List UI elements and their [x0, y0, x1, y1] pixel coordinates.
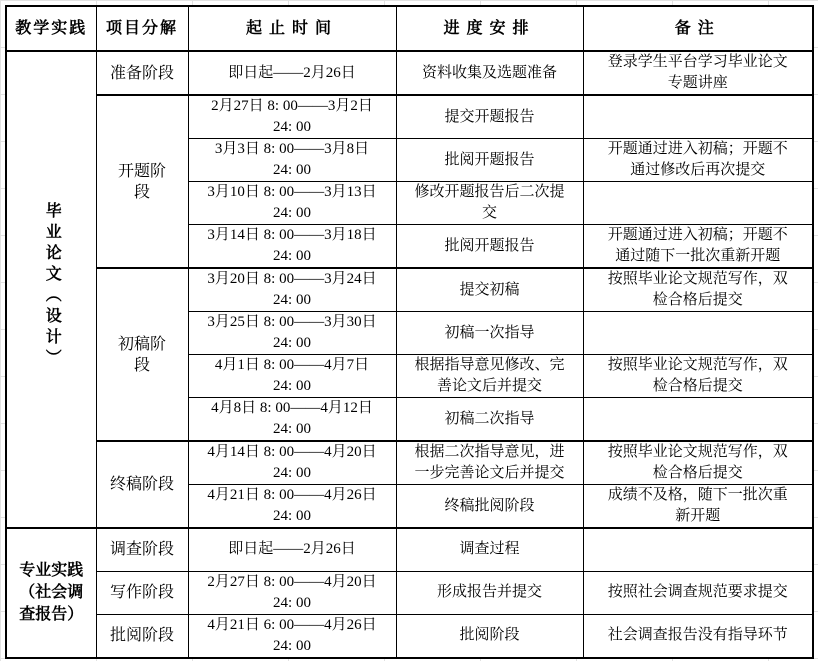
remark-cell: 登录学生平台学习毕业论文 专题讲座 [583, 51, 813, 95]
category-cell-social-practice: 专业实践 （社会调 查报告） [6, 528, 96, 658]
remark-cell: 开题通过进入初稿；开题不 通过随下一批次重新开题 [583, 225, 813, 269]
remark-cell [583, 312, 813, 355]
remark-cell: 成绩不及格，随下一批次重 新开题 [583, 485, 813, 529]
table-row: 毕业论文（设计） 准备阶段 即日起——2月26日 资料收集及选题准备 登录学生平… [6, 51, 813, 95]
progress-cell: 修改开题报告后二次提 交 [396, 182, 583, 225]
progress-cell: 批阅开题报告 [396, 139, 583, 182]
table-row: 初稿阶 段 3月20日 8: 00——3月24日 24: 00 提交初稿 按照毕… [6, 268, 813, 312]
column-header-project-breakdown: 项目分解 [96, 6, 188, 51]
table-row: 写作阶段 2月27日 8: 00——4月20日 24: 00 形成报告并提交 按… [6, 571, 813, 614]
remark-cell: 按照毕业论文规范写作，双 检合格后提交 [583, 355, 813, 398]
progress-cell: 初稿一次指导 [396, 312, 583, 355]
progress-cell: 形成报告并提交 [396, 571, 583, 614]
remark-cell [583, 182, 813, 225]
progress-cell: 根据二次指导意见，进 一步完善论文后并提交 [396, 441, 583, 485]
time-cell: 3月25日 8: 00——3月30日 24: 00 [188, 312, 396, 355]
category-cell-thesis: 毕业论文（设计） [6, 51, 96, 528]
progress-cell: 初稿二次指导 [396, 398, 583, 442]
progress-cell: 提交开题报告 [396, 95, 583, 139]
remark-cell [583, 528, 813, 571]
time-cell: 4月14日 8: 00——4月20日 24: 00 [188, 441, 396, 485]
phase-cell: 批阅阶段 [96, 614, 188, 658]
progress-cell: 调查过程 [396, 528, 583, 571]
column-header-time-range: 起止时间 [188, 6, 396, 51]
time-cell: 3月10日 8: 00——3月13日 24: 00 [188, 182, 396, 225]
time-cell: 即日起——2月26日 [188, 51, 396, 95]
remark-cell: 开题通过进入初稿；开题不 通过修改后再次提交 [583, 139, 813, 182]
progress-cell: 提交初稿 [396, 268, 583, 312]
remark-cell: 按照社会调查规范要求提交 [583, 571, 813, 614]
time-cell: 4月1日 8: 00——4月7日 24: 00 [188, 355, 396, 398]
time-cell: 4月21日 8: 00——4月26日 24: 00 [188, 485, 396, 529]
time-cell: 3月3日 8: 00——3月8日 24: 00 [188, 139, 396, 182]
table-row: 专业实践 （社会调 查报告） 调查阶段 即日起——2月26日 调查过程 [6, 528, 813, 571]
time-cell: 4月8日 8: 00——4月12日 24: 00 [188, 398, 396, 442]
column-header-teaching-practice: 教学实践 [6, 6, 96, 51]
table-row: 批阅阶段 4月21日 6: 00——4月26日 24: 00 批阅阶段 社会调查… [6, 614, 813, 658]
time-cell: 2月27日 8: 00——4月20日 24: 00 [188, 571, 396, 614]
progress-cell: 根据指导意见修改、完 善论文后并提交 [396, 355, 583, 398]
time-cell: 3月14日 8: 00——3月18日 24: 00 [188, 225, 396, 269]
remark-cell: 按照毕业论文规范写作，双 检合格后提交 [583, 268, 813, 312]
remark-cell [583, 398, 813, 442]
table-row: 开题阶 段 2月27日 8: 00——3月2日 24: 00 提交开题报告 [6, 95, 813, 139]
time-cell: 3月20日 8: 00——3月24日 24: 00 [188, 268, 396, 312]
phase-cell: 准备阶段 [96, 51, 188, 95]
time-cell: 即日起——2月26日 [188, 528, 396, 571]
phase-cell: 调查阶段 [96, 528, 188, 571]
progress-cell: 批阅开题报告 [396, 225, 583, 269]
column-header-progress-plan: 进度安排 [396, 6, 583, 51]
phase-cell: 初稿阶 段 [96, 268, 188, 441]
phase-cell: 终稿阶段 [96, 441, 188, 528]
progress-cell: 资料收集及选题准备 [396, 51, 583, 95]
phase-cell: 写作阶段 [96, 571, 188, 614]
schedule-table: 教学实践 项目分解 起止时间 进度安排 备注 毕业论文（设计） 准备阶段 即日起… [5, 5, 814, 659]
header-row: 教学实践 项目分解 起止时间 进度安排 备注 [6, 6, 813, 51]
column-header-remarks: 备注 [583, 6, 813, 51]
phase-cell: 开题阶 段 [96, 95, 188, 268]
remark-cell [583, 95, 813, 139]
progress-cell: 批阅阶段 [396, 614, 583, 658]
progress-cell: 终稿批阅阶段 [396, 485, 583, 529]
time-cell: 4月21日 6: 00——4月26日 24: 00 [188, 614, 396, 658]
remark-cell: 按照毕业论文规范写作，双 检合格后提交 [583, 441, 813, 485]
remark-cell: 社会调查报告没有指导环节 [583, 614, 813, 658]
table-row: 终稿阶段 4月14日 8: 00——4月20日 24: 00 根据二次指导意见，… [6, 441, 813, 485]
category-vertical-text: 毕业论文（设计） [40, 202, 62, 370]
time-cell: 2月27日 8: 00——3月2日 24: 00 [188, 95, 396, 139]
